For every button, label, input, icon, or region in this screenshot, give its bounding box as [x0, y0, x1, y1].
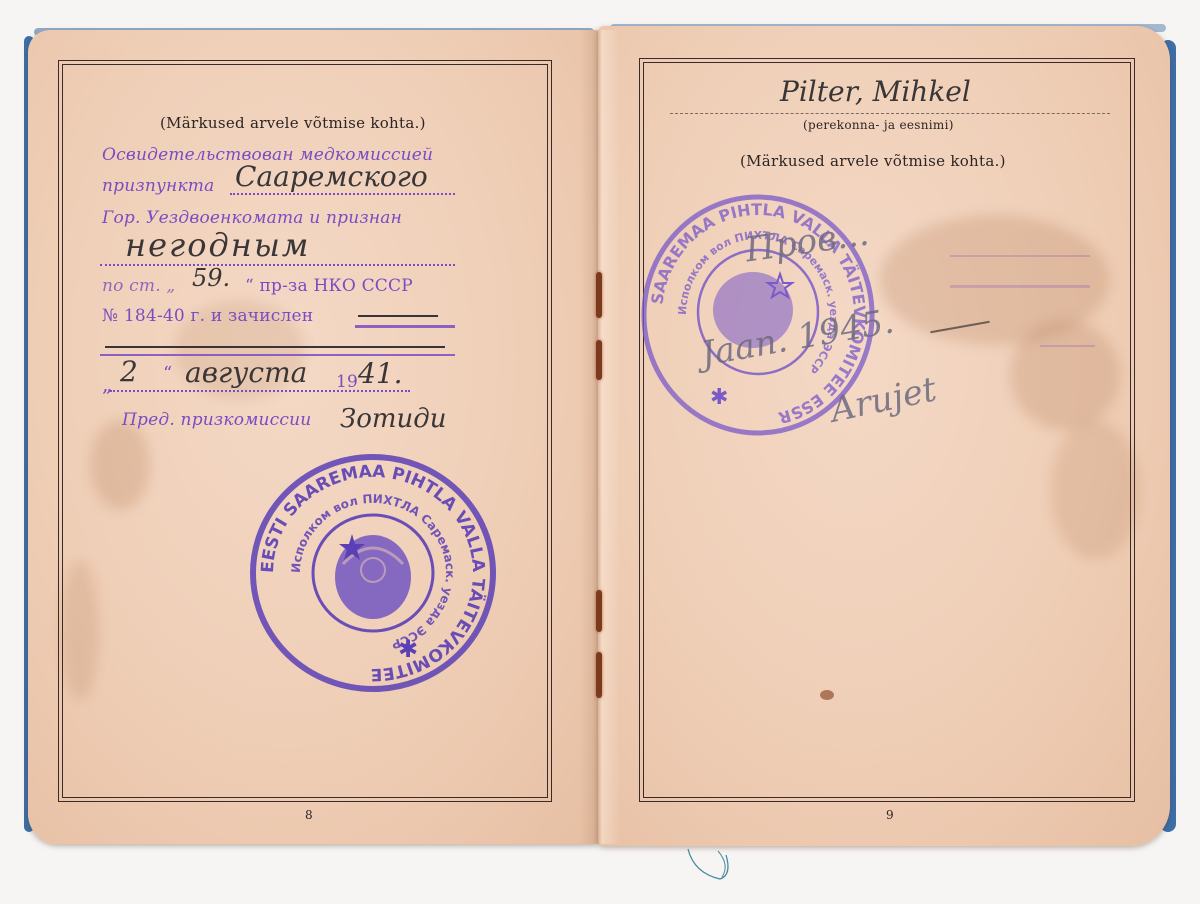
- handwritten-year: 41.: [358, 357, 403, 390]
- stamp-line-5-suffix: “ пр-за НКО СССР: [245, 276, 413, 296]
- official-seal-left: EESTI SAAREMAA PIHTLA VALLA TÄITEVKOMITE…: [248, 452, 498, 694]
- signature: Зотиди: [340, 404, 446, 434]
- handwritten-verdict: негодным: [125, 226, 310, 264]
- date-open-quote: „: [102, 372, 113, 396]
- asterisk-icon: ✱: [398, 635, 418, 663]
- fill-line: [110, 390, 410, 392]
- stamp-line-3: Гор. Уездвоенкомата и признан: [102, 208, 402, 228]
- faded-stamp-line: [950, 285, 1090, 288]
- stamp-line-2-prefix: призпункта: [102, 176, 214, 196]
- staple-icon: [596, 340, 602, 380]
- faded-stamp-line: [950, 255, 1090, 257]
- asterisk-icon: ✱: [710, 385, 728, 410]
- handwritten-district: Сааремского: [235, 160, 428, 193]
- stamp-line-6: № 184-40 г. и зачислен: [102, 306, 313, 326]
- handwritten-name: Pilter, Mihkel: [780, 75, 971, 108]
- page-number-right: 9: [886, 808, 894, 822]
- faded-stamp-line: [1040, 345, 1095, 347]
- handwritten-day: 2: [120, 355, 138, 388]
- right-heading: (Märkused arvele võtmise kohta.): [740, 152, 1006, 170]
- staple-icon: [596, 272, 602, 318]
- staple-icon: [596, 590, 602, 632]
- handwritten-month: августа: [185, 356, 307, 389]
- staple-icon: [596, 652, 602, 698]
- page-number-left: 8: [305, 808, 313, 822]
- left-heading: (Märkused arvele võtmise kohta.): [160, 114, 426, 132]
- coat-of-arms-icon: [335, 534, 411, 619]
- binding-thread: [680, 845, 740, 885]
- spine-fold: [580, 30, 620, 844]
- pen-dash: [358, 315, 438, 317]
- pen-line: [105, 346, 445, 348]
- fill-line: [230, 193, 455, 195]
- year-prefix: 19: [336, 372, 358, 392]
- scanned-booklet-spread: (Märkused arvele võtmise kohta.) Освидет…: [0, 0, 1200, 904]
- fill-line: [100, 264, 455, 266]
- stamp-line-5-prefix: по ст. „: [102, 276, 175, 296]
- signature-label: Пред. призкомиссии: [122, 410, 311, 430]
- date-mid-quote: “: [163, 363, 172, 384]
- handwritten-article: 59.: [192, 264, 230, 292]
- name-line: [670, 113, 1110, 114]
- name-caption: (perekonna- ja eesnimi): [803, 118, 954, 132]
- fill-line: [355, 325, 455, 328]
